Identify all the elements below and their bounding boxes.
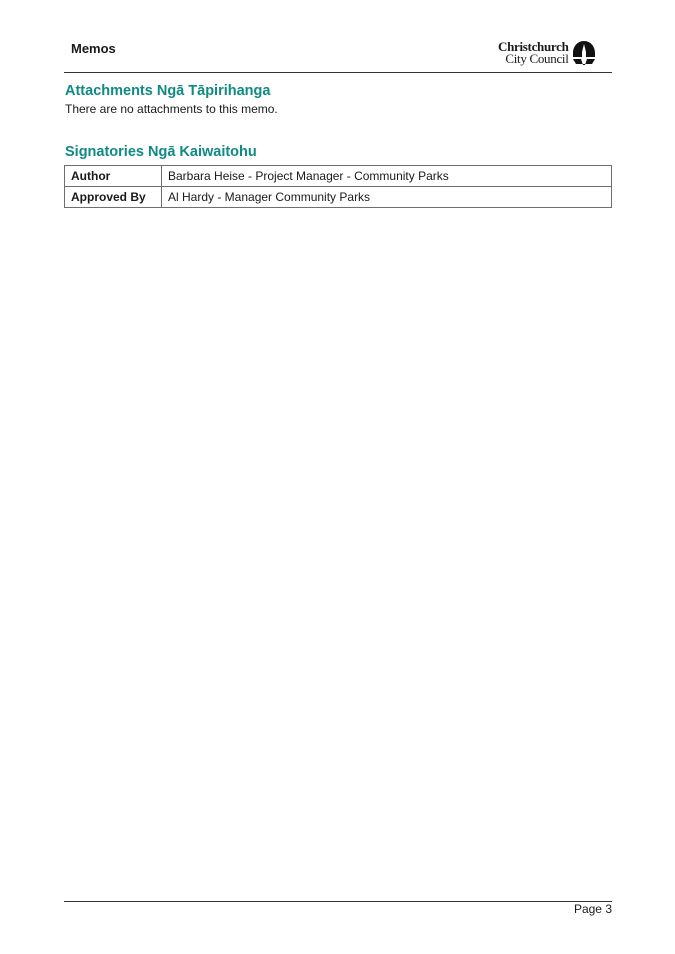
row-label: Approved By bbox=[65, 187, 162, 208]
cathedral-logo-icon bbox=[572, 40, 596, 66]
page-number: Page 3 bbox=[574, 902, 612, 916]
table-row: Author Barbara Heise - Project Manager -… bbox=[65, 166, 612, 187]
header-divider bbox=[64, 72, 612, 73]
council-logo: Christchurch City Council bbox=[498, 40, 596, 66]
signatories-heading: Signatories Ngā Kaiwaitohu bbox=[65, 144, 257, 160]
row-label: Author bbox=[65, 166, 162, 187]
logo-line-2: City Council bbox=[498, 53, 569, 65]
signatories-table: Author Barbara Heise - Project Manager -… bbox=[64, 165, 612, 208]
attachments-text: There are no attachments to this memo. bbox=[65, 102, 278, 116]
row-value: Al Hardy - Manager Community Parks bbox=[162, 187, 612, 208]
row-value: Barbara Heise - Project Manager - Commun… bbox=[162, 166, 612, 187]
attachments-heading: Attachments Ngā Tāpirihanga bbox=[65, 83, 270, 99]
table-row: Approved By Al Hardy - Manager Community… bbox=[65, 187, 612, 208]
footer-divider bbox=[64, 901, 612, 902]
header-title: Memos bbox=[71, 41, 116, 56]
